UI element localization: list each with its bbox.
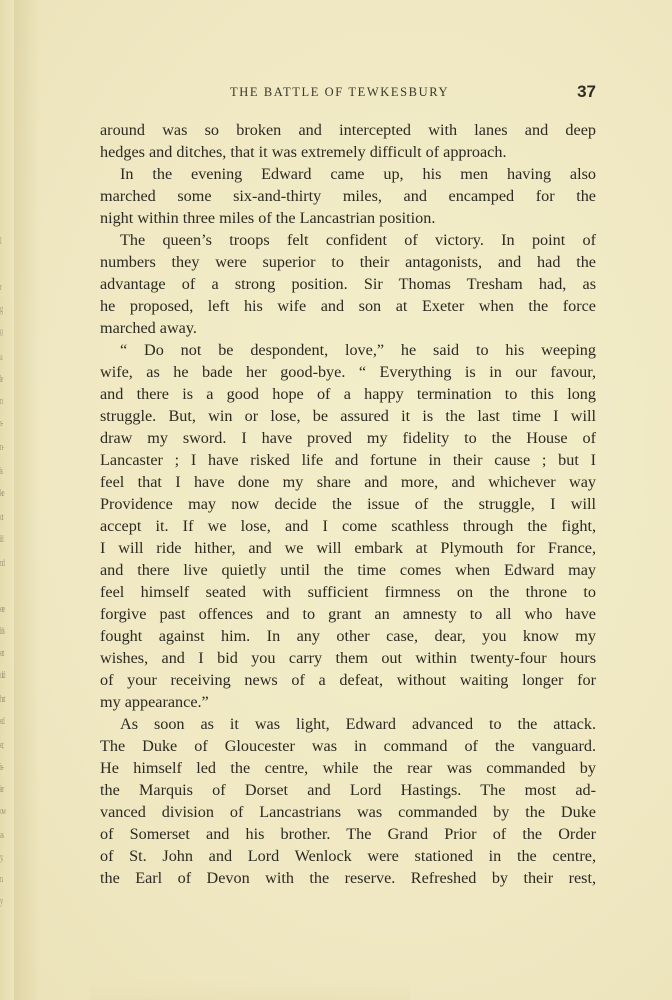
facing-page-text-fragment: s- [0,418,8,429]
facing-page-text-fragment: ld [0,534,8,545]
gutter-shadow [14,0,40,1000]
text-line: marched some six-and-thirty miles, and e… [100,185,596,207]
text-line: wife, as he bade her good-bye. “ Everyth… [100,361,596,383]
facing-page-text-fragment: y, [0,852,8,863]
facing-page-text-fragment: is [0,466,8,477]
facing-page-text-fragment: l [0,236,8,247]
facing-page-text-fragment: is- [0,762,8,773]
text-line: he proposed, left his wife and son at Ex… [100,295,596,317]
text-line: and there is a good hope of a happy term… [100,383,596,405]
facing-page-text-fragment: 0 [0,328,8,339]
page-number: 37 [577,82,596,102]
chapter-title: THE BATTLE OF TEWKESBURY [230,85,449,100]
facing-page-text-fragment: ow [0,806,8,817]
text-line: of your receiving news of a defeat, with… [100,669,596,691]
facing-page-text-fragment: ed [0,716,8,727]
facing-page-text-fragment: hat [0,694,8,705]
facing-page-edge: lrg0alens-n-iskeotldndereldsertuldhatede… [0,0,14,1000]
text-line: numbers they were superior to their anta… [100,251,596,273]
text-line: The Duke of Gloucester was in command of… [100,735,596,757]
facing-page-text-fragment: a [0,352,8,363]
facing-page-text-fragment: nd [0,558,8,569]
facing-page-text-fragment: n. [0,874,8,885]
text-line: accept it. If we lose, and I come scathl… [100,515,596,537]
text-line: vanced division of Lancastrians was comm… [100,801,596,823]
text-line: He himself led the centre, while the rea… [100,757,596,779]
text-line: wishes, and I bid you carry them out wit… [100,647,596,669]
text-line: my appearance.” [100,691,596,713]
text-line: the Marquis of Dorset and Lord Hastings.… [100,779,596,801]
text-line: Providence may now decide the issue of t… [100,493,596,515]
running-header: THE BATTLE OF TEWKESBURY 37 [100,82,596,104]
text-line: advantage of a strong position. Sir Thom… [100,273,596,295]
facing-page-text-fragment: n [0,396,8,407]
facing-page-text-fragment: as [0,830,8,841]
text-line: forgive past offences and to grant an am… [100,603,596,625]
text-line: struggle. But, win or lose, be assured i… [100,405,596,427]
text-line: night within three miles of the Lancastr… [100,207,596,229]
text-line: of St. John and Lord Wenlock were statio… [100,845,596,867]
text-line: In the evening Edward came up, his men h… [100,163,596,185]
text-line: draw my sword. I have proved my fidelity… [100,427,596,449]
text-line: Lancaster ; I have risked life and fortu… [100,449,596,471]
facing-page-text-fragment: er, [0,740,8,751]
text-line: feel that I have done my share and more,… [100,471,596,493]
facing-page-text-fragment: n- [0,442,8,453]
book-page: lrg0alens-n-iskeotldndereldsertuldhatede… [0,0,672,1000]
facing-page-text-fragment: uld [0,670,8,681]
text-line: the Earl of Devon with the reserve. Refr… [100,867,596,889]
facing-page-text-fragment: le [0,374,8,385]
text-line: feel himself seated with sufficient firm… [100,581,596,603]
text-line: marched away. [100,317,596,339]
facing-page-text-fragment: ier [0,784,8,795]
facing-page-text-fragment: ere [0,604,8,615]
body-text: around was so broken and intercepted wit… [100,119,596,889]
text-line: hedges and ditches, that it was extremel… [100,141,596,163]
text-line: The queen’s troops felt confident of vic… [100,229,596,251]
facing-page-text-fragment: ert [0,648,8,659]
facing-page-text-fragment: ot [0,512,8,523]
facing-page-text-fragment: y [0,896,8,907]
text-line: fought against him. In any other case, d… [100,625,596,647]
facing-page-text-fragment: lds [0,626,8,637]
text-line: I will ride hither, and we will embark a… [100,537,596,559]
facing-page-text-fragment: ke [0,488,8,499]
text-line: of Somerset and his brother. The Grand P… [100,823,596,845]
text-line: and there live quietly until the time co… [100,559,596,581]
paper-stain [90,980,410,1000]
facing-page-text-fragment: r [0,282,8,293]
text-line: around was so broken and intercepted wit… [100,119,596,141]
facing-page-text-fragment: g [0,304,8,315]
text-line: “ Do not be despondent, love,” he said t… [100,339,596,361]
text-line: As soon as it was light, Edward advanced… [100,713,596,735]
